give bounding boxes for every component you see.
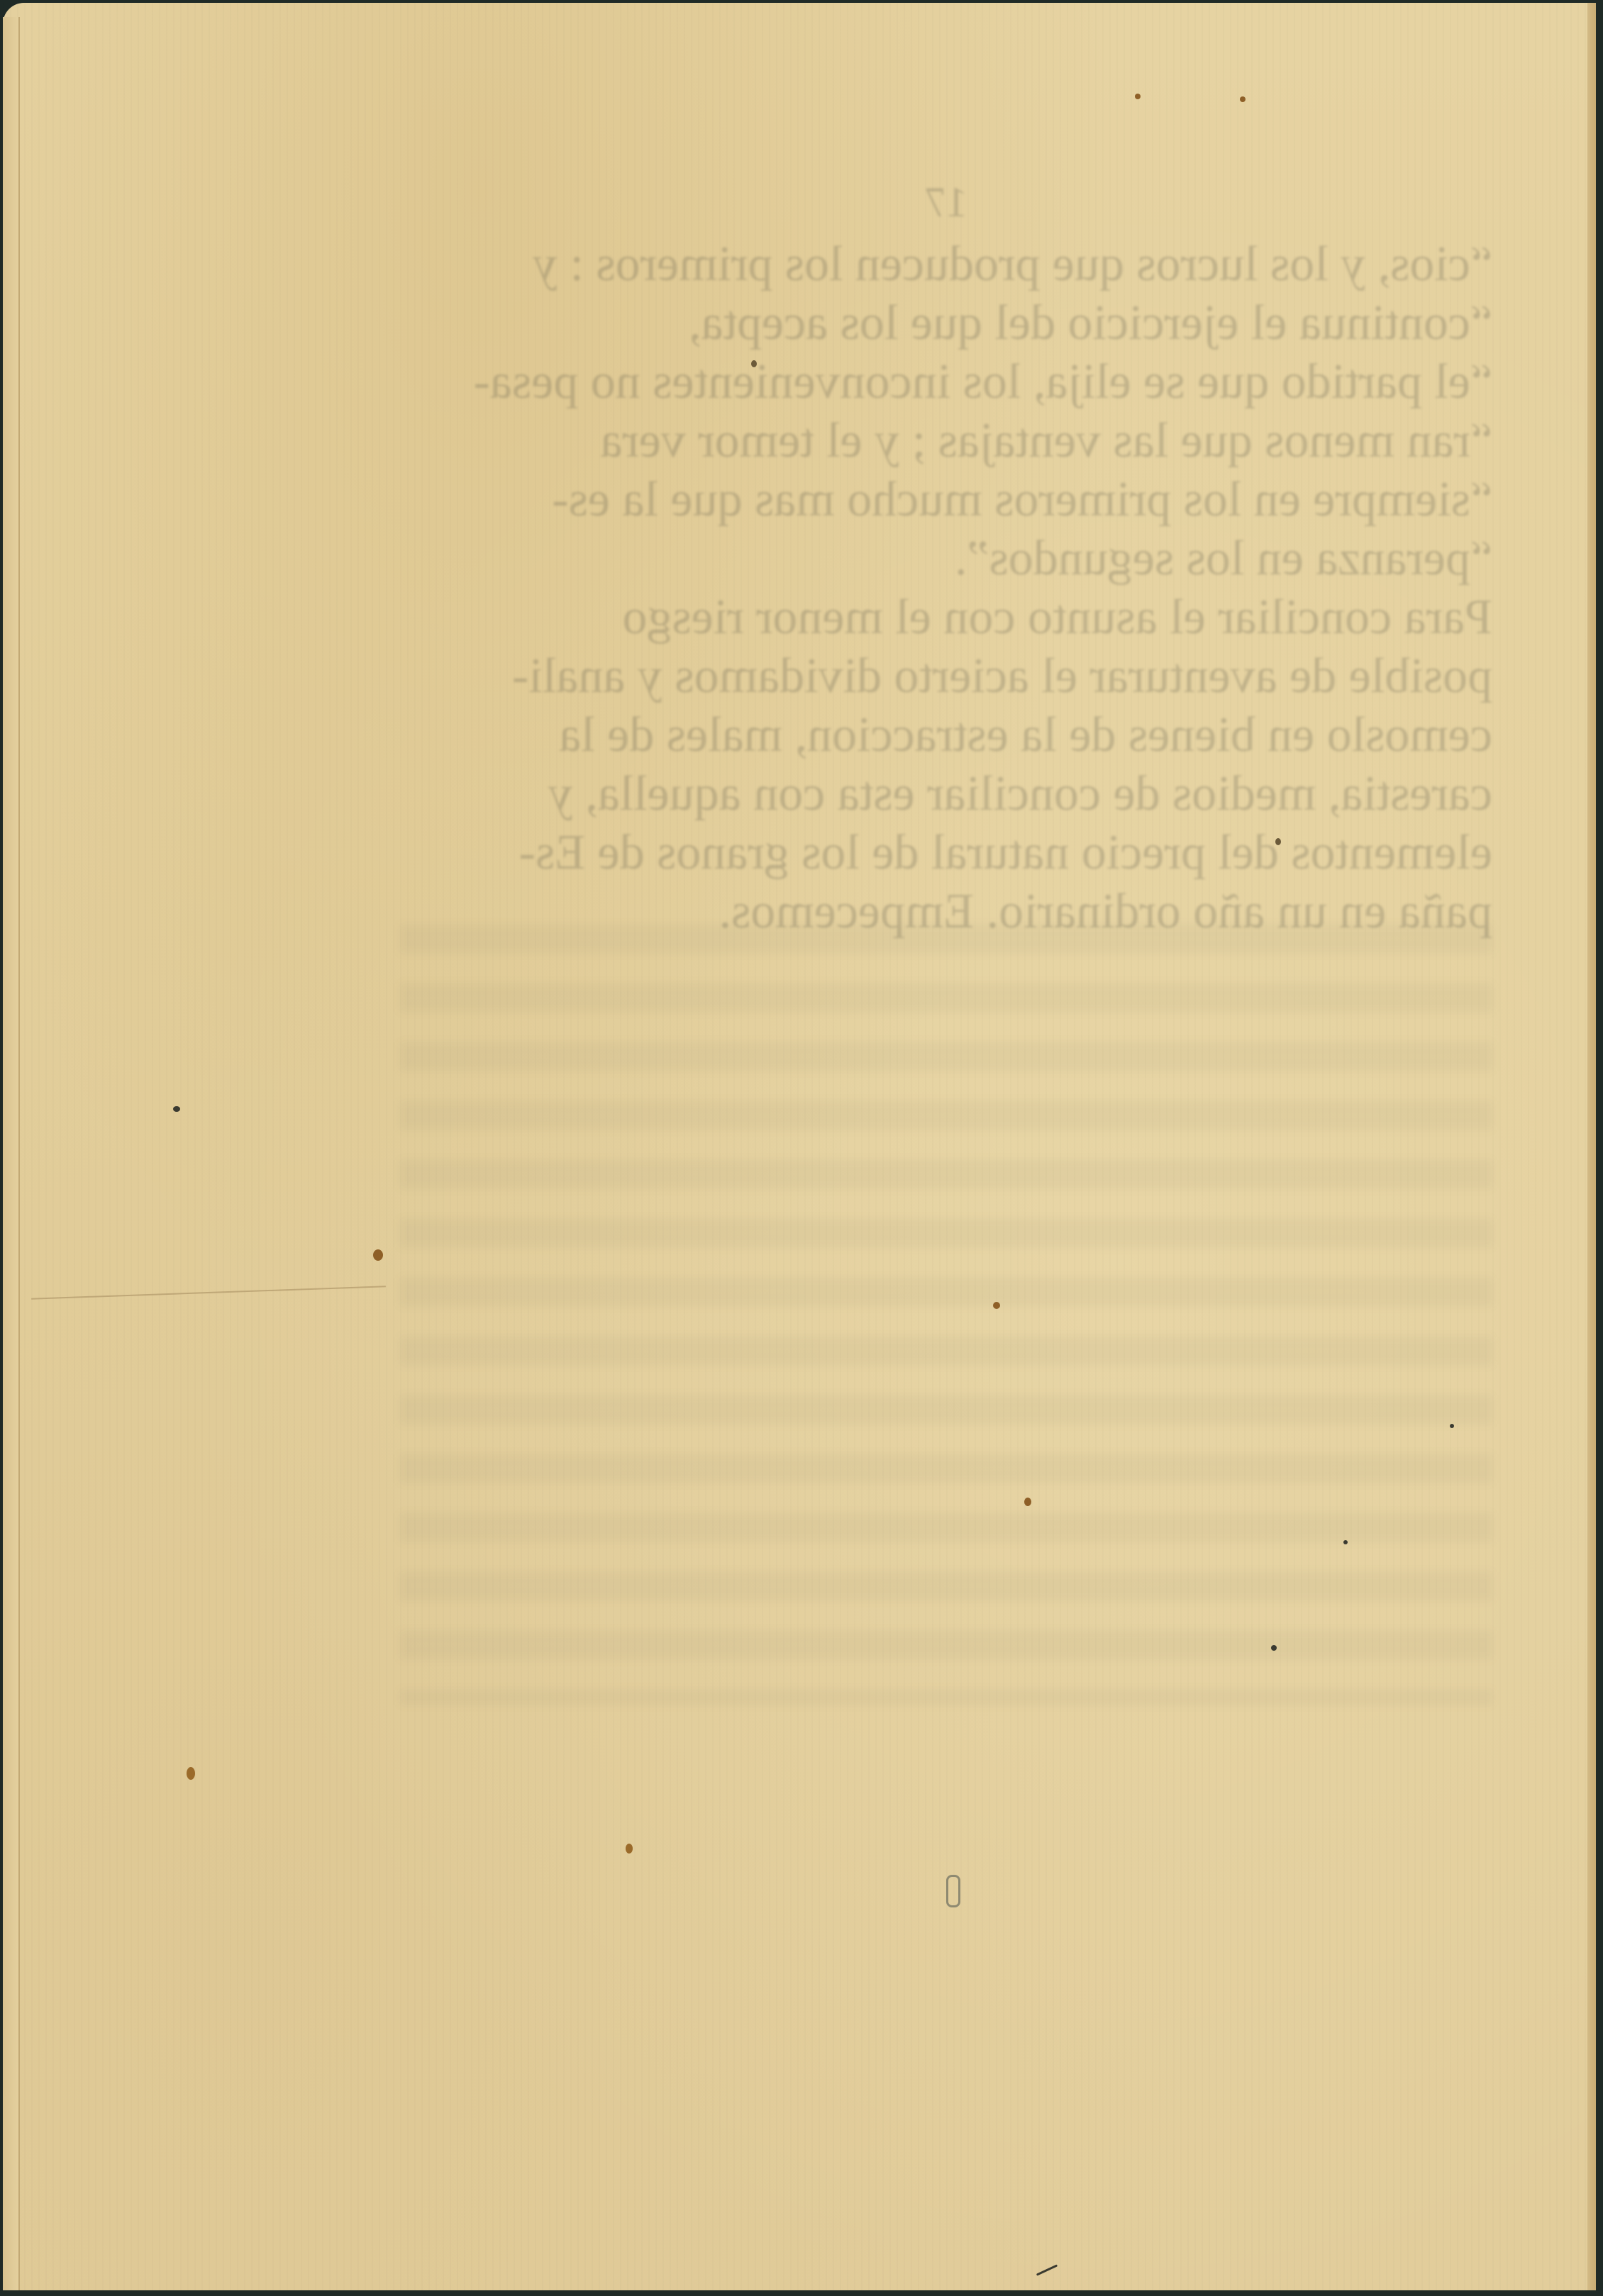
foxing-spot	[1275, 838, 1281, 845]
bleed-through-line: elementos del precio natural de los gran…	[400, 823, 1492, 882]
book-page: 17 “cios, y los lucros que producen los …	[3, 3, 1596, 2290]
bleed-through-line: “el partido que se elija, los inconvenie…	[400, 352, 1492, 411]
page-fore-edge	[1587, 3, 1596, 2290]
bleed-through-text: 17 “cios, y los lucros que producen los …	[400, 173, 1492, 941]
bleed-through-line: “continua el ejercicio del que los acept…	[400, 294, 1492, 352]
bleed-through-line: “siempre en los primeros mucho mas que l…	[400, 470, 1492, 529]
bleed-through-folio: 17	[400, 173, 1492, 232]
faint-bleed-through-region	[400, 925, 1492, 1705]
foxing-spot	[993, 1302, 1000, 1309]
ink-speck	[1450, 1424, 1454, 1428]
foxing-spot	[373, 1249, 383, 1261]
bleed-through-line: “ran menos que las ventajas ; y el temor…	[400, 411, 1492, 470]
paper-crease	[31, 1286, 386, 1299]
bleed-through-line: cemoslo en bienes de la estraccion, male…	[400, 706, 1492, 764]
ink-speck	[1271, 1645, 1277, 1651]
bleed-through-line: posible de aventurar el acierto dividamo…	[400, 647, 1492, 706]
ink-speck	[173, 1106, 180, 1112]
foxing-spot	[187, 1767, 195, 1780]
foxing-spot	[1240, 96, 1246, 102]
foxing-spot	[1024, 1498, 1031, 1506]
fibre-mark	[1036, 2264, 1058, 2275]
foxing-spot	[1135, 94, 1141, 99]
bleed-through-line: carestia, medios de conciliar esta con a…	[400, 764, 1492, 823]
foxing-spot	[751, 360, 757, 367]
ink-speck	[1343, 1540, 1348, 1544]
bleed-through-line: Para conciliar el asunto con el menor ri…	[400, 588, 1492, 647]
ink-mark	[946, 1875, 960, 1907]
foxing-spot	[626, 1844, 633, 1854]
bleed-through-line: “peranza en los segundos”.	[400, 529, 1492, 588]
bleed-through-line: “cios, y los lucros que producen los pri…	[400, 235, 1492, 294]
page-gutter-edge	[3, 17, 20, 2290]
